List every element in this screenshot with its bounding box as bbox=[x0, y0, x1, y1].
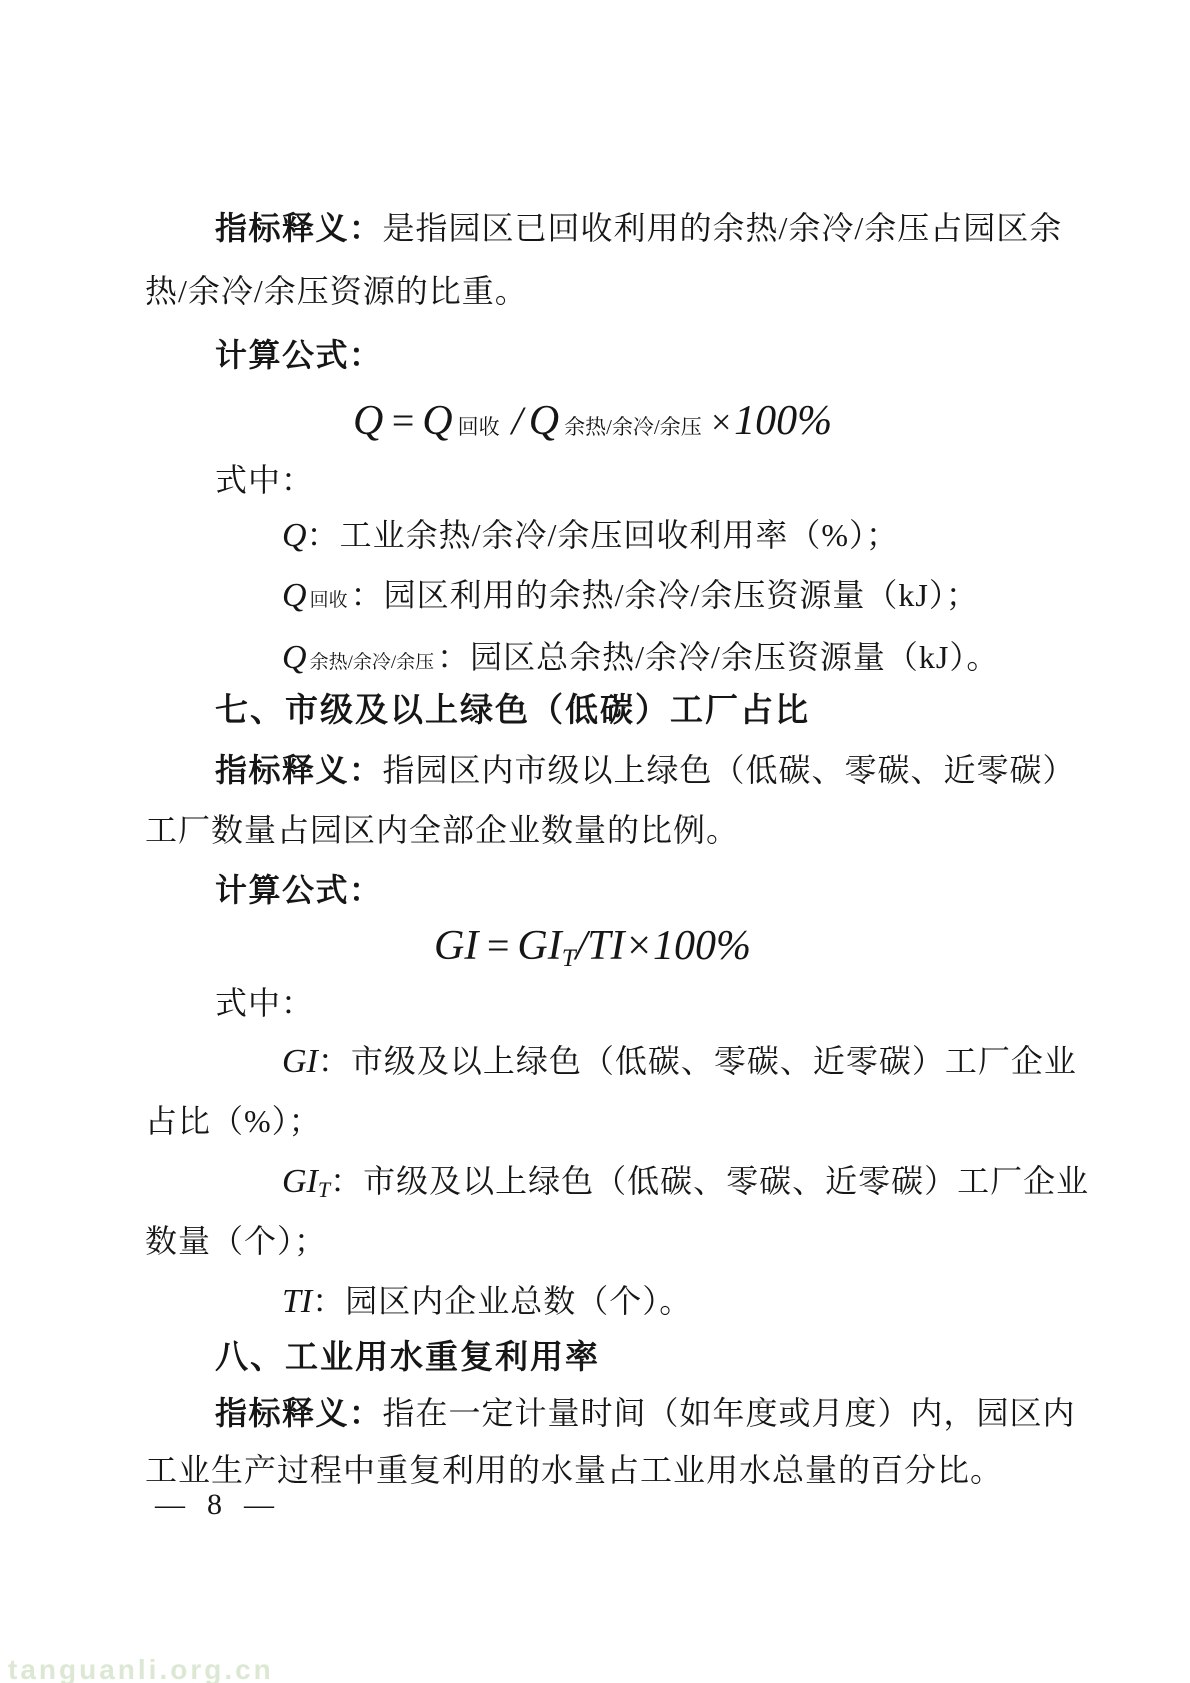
formula-equals: = bbox=[484, 923, 511, 968]
section-7-heading: 七、市级及以上绿色（低碳）工厂占比 bbox=[145, 688, 1040, 732]
s8-definition-text-1: 指在一定计量时间（如年度或月度）内，园区内 bbox=[383, 1395, 1076, 1431]
s6-where-line: 式中： bbox=[145, 458, 1040, 502]
s6-formula-label: 计算公式： bbox=[215, 337, 383, 373]
var-q-recovered-text: 园区利用的余热/余冷/余压资源量（kJ）； bbox=[384, 577, 979, 613]
formula-equals: = bbox=[389, 398, 416, 443]
s8-definition-text-2: 工业生产过程中重复利用的水量占工业用水总量的百分比。 bbox=[145, 1452, 1003, 1488]
formula-subscript-t: T bbox=[562, 945, 576, 972]
page-footer: —8— bbox=[155, 1488, 274, 1522]
var-gi-text-1: 市级及以上绿色（低碳、零碳、近零碳）工厂企业 bbox=[351, 1043, 1077, 1079]
s7-definition-text-2: 工厂数量占园区内全部企业数量的比例。 bbox=[145, 812, 739, 848]
formula-percent: 100% bbox=[734, 398, 832, 444]
var-colon: ： bbox=[307, 517, 340, 553]
footer-dash-left: — bbox=[155, 1488, 185, 1522]
s7-where-label: 式中： bbox=[215, 985, 314, 1021]
formula-subscript-total: 余热/余冷/余压 bbox=[564, 415, 702, 439]
formula-var-git: GI bbox=[517, 923, 561, 969]
var-q-recovered: Q bbox=[282, 577, 307, 614]
formula-times: × bbox=[709, 402, 733, 442]
var-colon: ： bbox=[437, 639, 470, 675]
s6-definition-line-1: 指标释义：是指园区已回收利用的余热/余冷/余压占园区余 bbox=[145, 206, 1040, 250]
s6-formula: Q=Q回收/Q余热/余冷/余压×100% bbox=[145, 395, 1040, 453]
formula-divide: / bbox=[512, 398, 523, 443]
var-colon: ： bbox=[318, 1043, 351, 1079]
s7-var-def-3: TI：园区内企业总数（个）。 bbox=[145, 1279, 1040, 1324]
s6-definition-label: 指标释义： bbox=[215, 210, 383, 246]
formula-var-gi: GI bbox=[434, 923, 478, 969]
var-q-total-sub: 余热/余冷/余压 bbox=[310, 652, 435, 673]
footer-dash-right: — bbox=[244, 1488, 274, 1522]
var-colon: ： bbox=[351, 577, 384, 613]
s7-formula-label: 计算公式： bbox=[215, 872, 383, 908]
s6-var-def-3: Q余热/余冷/余压：园区总余热/余冷/余压资源量（kJ）。 bbox=[145, 635, 1040, 685]
s7-definition-line-2: 工厂数量占园区内全部企业数量的比例。 bbox=[145, 808, 1040, 852]
s6-definition-text-2: 热/余冷/余压资源的比重。 bbox=[145, 273, 528, 309]
var-q: Q bbox=[282, 517, 307, 554]
formula-var-q: Q bbox=[353, 398, 383, 444]
formula-var-q-recovered: Q bbox=[422, 398, 452, 444]
s7-definition-label: 指标释义： bbox=[215, 752, 383, 788]
s6-var-def-2: Q回收：园区利用的余热/余冷/余压资源量（kJ）； bbox=[145, 573, 1040, 623]
s7-where-line: 式中： bbox=[145, 981, 1040, 1025]
var-git: GI bbox=[282, 1163, 318, 1200]
s7-formula: GI=GIT/TI×100% bbox=[145, 920, 1040, 985]
var-ti-text: 园区内企业总数（个）。 bbox=[345, 1283, 692, 1319]
document-page: 指标释义：是指园区已回收利用的余热/余冷/余压占园区余 热/余冷/余压资源的比重… bbox=[0, 0, 1190, 1683]
s7-definition-text-1: 指园区内市级以上绿色（低碳、零碳、近零碳） bbox=[383, 752, 1076, 788]
s6-definition-line-2: 热/余冷/余压资源的比重。 bbox=[145, 269, 1040, 313]
s6-formula-label-line: 计算公式： bbox=[145, 333, 1040, 377]
s8-definition-line-1: 指标释义：指在一定计量时间（如年度或月度）内，园区内 bbox=[145, 1391, 1040, 1435]
watermark: tanguanli.org.cn bbox=[8, 1654, 274, 1683]
var-q-text: 工业余热/余冷/余压回收利用率（%）； bbox=[340, 517, 899, 553]
section-8-heading: 八、工业用水重复利用率 bbox=[145, 1335, 1040, 1379]
s7-var-def-1-line-2: 占比（%）； bbox=[145, 1099, 1040, 1143]
var-gi: GI bbox=[282, 1043, 318, 1080]
var-q-total: Q bbox=[282, 639, 307, 676]
var-git-text-1: 市级及以上绿色（低碳、零碳、近零碳）工厂企业 bbox=[363, 1163, 1089, 1199]
var-colon: ： bbox=[312, 1283, 345, 1319]
var-git-text-2: 数量（个）； bbox=[145, 1223, 327, 1259]
var-git-sub: T bbox=[318, 1177, 330, 1202]
formula-var-q-total: Q bbox=[529, 398, 559, 444]
formula-subscript-recovered: 回收 bbox=[458, 415, 500, 439]
s7-definition-line-1: 指标释义：指园区内市级以上绿色（低碳、零碳、近零碳） bbox=[145, 748, 1040, 792]
s8-definition-label: 指标释义： bbox=[215, 1395, 383, 1431]
s7-formula-label-line: 计算公式： bbox=[145, 868, 1040, 912]
s7-var-def-2-line-2: 数量（个）； bbox=[145, 1219, 1040, 1263]
var-q-recovered-sub: 回收 bbox=[310, 590, 348, 611]
page-number: 8 bbox=[207, 1488, 222, 1522]
s8-definition-line-2: 工业生产过程中重复利用的水量占工业用水总量的百分比。 bbox=[145, 1448, 1040, 1492]
formula-tail: /TI×100% bbox=[576, 923, 751, 969]
s7-var-def-1-line-1: GI：市级及以上绿色（低碳、零碳、近零碳）工厂企业 bbox=[145, 1039, 1040, 1084]
var-colon: ： bbox=[330, 1163, 363, 1199]
s7-var-def-2-line-1: GIT：市级及以上绿色（低碳、零碳、近零碳）工厂企业 bbox=[145, 1159, 1040, 1212]
var-ti: TI bbox=[282, 1283, 312, 1320]
var-q-total-text: 园区总余热/余冷/余压资源量（kJ）。 bbox=[470, 639, 999, 675]
s6-definition-text-1: 是指园区已回收利用的余热/余冷/余压占园区余 bbox=[383, 210, 1063, 246]
var-gi-text-2: 占比（%）； bbox=[145, 1103, 322, 1139]
s6-where-label: 式中： bbox=[215, 462, 314, 498]
s6-var-def-1: Q：工业余热/余冷/余压回收利用率（%）； bbox=[145, 513, 1040, 558]
